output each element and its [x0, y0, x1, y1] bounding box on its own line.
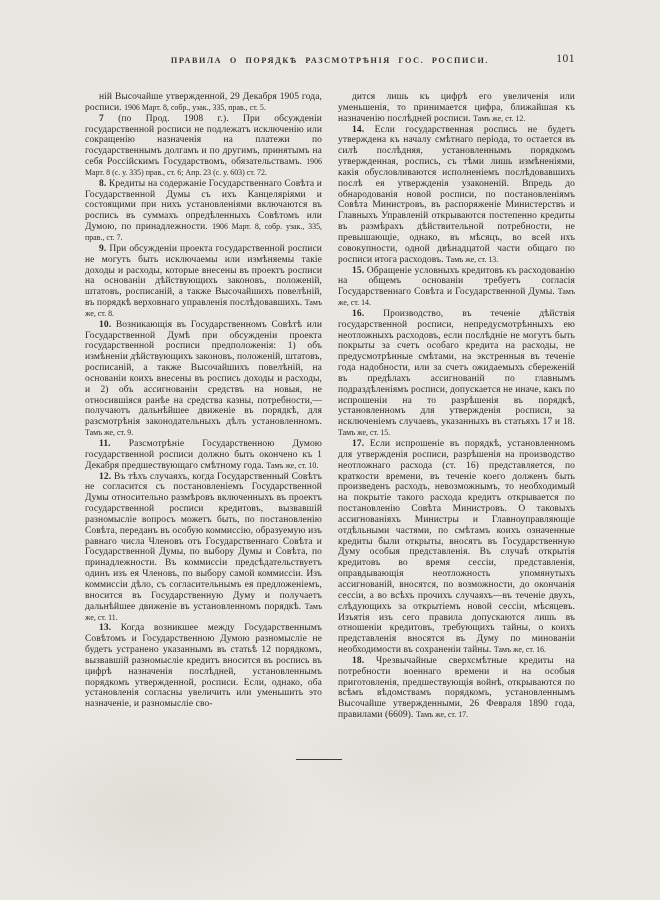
article-number: 17. [352, 439, 364, 449]
text-columns: ній Высочайше утвержденной, 29 Декабря 1… [85, 92, 575, 721]
article-number: 11. [99, 439, 111, 449]
article-body: Обращеніе условныхъ кредитовъ къ расходо… [338, 266, 575, 298]
article-body: Если государственная роспись не будетъ у… [338, 125, 575, 265]
document-page: ПРАВИЛА О ПОРЯДКѢ РАЗСМОТРѢНІЯ ГОС. РОСП… [0, 0, 660, 900]
article-paragraph: 14. Если государственная роспись не буде… [338, 125, 575, 266]
article-number: 14. [352, 125, 364, 135]
citation-reference: Тамъ же, ст. 9. [85, 428, 133, 437]
article-body: (по Прод. 1908 г.). При обсужденіи госуд… [85, 114, 322, 167]
article-number: 18. [352, 656, 364, 666]
article-paragraph: 18. Чрезвычайные сверхсмѣтные кредиты на… [338, 656, 575, 721]
article-paragraph: 17. Если испрошеніе въ порядкѣ, установл… [338, 439, 575, 656]
running-head-title: ПРАВИЛА О ПОРЯДКѢ РАЗСМОТРѢНІЯ ГОС. РОСП… [85, 56, 575, 65]
citation-reference: Тамъ же, ст. 15. [338, 428, 390, 437]
citation-reference: Тамъ же, ст. 13. [446, 255, 498, 264]
article-paragraph: 15. Обращеніе условныхъ кредитовъ къ рас… [338, 266, 575, 309]
citation-reference: Тамъ же, ст. 16. [494, 645, 546, 654]
article-paragraph: 12. Въ тѣхъ случаяхъ, когда Государствен… [85, 472, 322, 624]
article-paragraph: 13. Когда возникшее между Государственны… [85, 623, 322, 710]
article-body: Если испрошеніе въ порядкѣ, установленно… [338, 439, 575, 655]
citation-reference: Тамъ же, ст. 12. [473, 114, 525, 123]
article-paragraph: 9. При обсужденіи проекта государственно… [85, 244, 322, 320]
citation-reference: Тамъ же, ст. 10. [266, 461, 318, 470]
article-number: 10. [99, 320, 111, 330]
citation-reference: 1906 Март. 8, собр., узак., 335, прав., … [124, 103, 266, 112]
left-column: ній Высочайше утвержденной, 29 Декабря 1… [85, 92, 322, 721]
article-body: Производство, въ теченіе дѣйствія госуда… [338, 309, 575, 427]
article-paragraph: 7 (по Прод. 1908 г.). При обсужденіи гос… [85, 114, 322, 179]
article-number: 16. [352, 309, 364, 319]
page-number: 101 [556, 53, 575, 65]
right-column: дится лишь къ цифрѣ его увеличенія или у… [338, 92, 575, 721]
article-paragraph: 8. Кредиты на содержаніе Государственнаг… [85, 179, 322, 244]
article-number: 13. [99, 623, 111, 633]
article-number: 15. [352, 266, 364, 276]
article-paragraph: ній Высочайше утвержденной, 29 Декабря 1… [85, 92, 322, 114]
article-paragraph: дится лишь къ цифрѣ его увеличенія или у… [338, 92, 575, 125]
article-body: Когда возникшее между Государственнымъ С… [85, 623, 322, 709]
section-end-rule [296, 759, 342, 760]
article-body: Въ тѣхъ случаяхъ, когда Государственный … [85, 472, 322, 612]
article-body: При обсужденіи проекта государственной р… [85, 244, 322, 308]
page-header: ПРАВИЛА О ПОРЯДКѢ РАЗСМОТРѢНІЯ ГОС. РОСП… [85, 56, 575, 72]
article-paragraph: 16. Производство, въ теченіе дѣйствія го… [338, 309, 575, 439]
article-body: дится лишь къ цифрѣ его увеличенія или у… [338, 92, 575, 124]
article-paragraph: 11. Разсмотрѣніе Государственною Думою г… [85, 439, 322, 472]
article-body: Возникающія въ Государственномъ Совѣтѣ и… [85, 320, 322, 428]
citation-reference: Тамъ же, ст. 17. [416, 710, 468, 719]
article-paragraph: 10. Возникающія въ Государственномъ Совѣ… [85, 320, 322, 439]
article-number: 12. [99, 472, 111, 482]
